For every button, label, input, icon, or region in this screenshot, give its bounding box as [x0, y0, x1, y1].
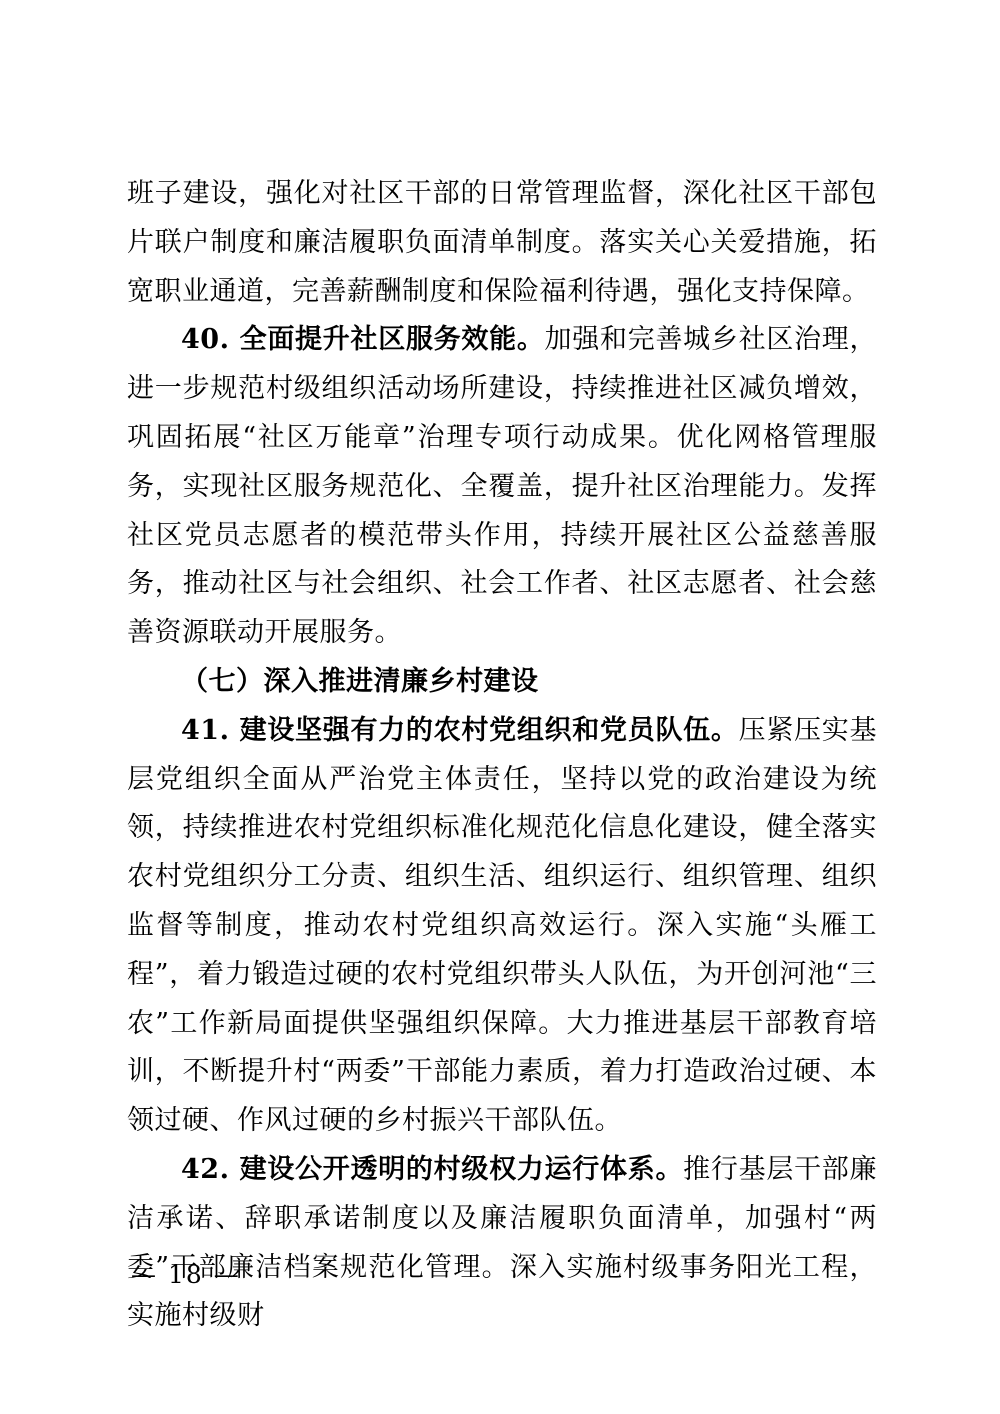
page-number-text: — 18 — — [131, 1260, 241, 1289]
section-heading-7: （七）深入推进清廉乡村建设 — [127, 658, 877, 707]
paragraph-text: 班子建设，强化对社区干部的日常管理监督，深化社区干部包片联户制度和廉洁履职负面清… — [127, 178, 877, 307]
paragraph-text: 加强和完善城乡社区治理，进一步规范村级组织活动场所建设，持续推进社区减负增效，巩… — [127, 324, 877, 648]
paragraph-lead-bold: 41. 建设坚强有力的农村党组织和党员队伍。 — [181, 715, 739, 746]
page-number: — 18 — — [131, 1258, 241, 1292]
document-page: 班子建设，强化对社区干部的日常管理监督，深化社区干部包片联户制度和廉洁履职负面清… — [0, 0, 1000, 1414]
paragraph-lead-bold: 40. 全面提升社区服务效能。 — [181, 324, 545, 355]
paragraph-item-40: 40. 全面提升社区服务效能。加强和完善城乡社区治理，进一步规范村级组织活动场所… — [127, 316, 877, 658]
document-body: 班子建设，强化对社区干部的日常管理监督，深化社区干部包片联户制度和廉洁履职负面清… — [127, 170, 877, 1341]
paragraph-item-41: 41. 建设坚强有力的农村党组织和党员队伍。压紧压实基层党组织全面从严治党主体责… — [127, 707, 877, 1146]
section-heading-text: （七）深入推进清廉乡村建设 — [181, 666, 539, 697]
paragraph-continuation: 班子建设，强化对社区干部的日常管理监督，深化社区干部包片联户制度和廉洁履职负面清… — [127, 170, 877, 316]
paragraph-item-42: 42. 建设公开透明的村级权力运行体系。推行基层干部廉洁承诺、辞职承诺制度以及廉… — [127, 1146, 877, 1341]
paragraph-lead-bold: 42. 建设公开透明的村级权力运行体系。 — [181, 1154, 683, 1185]
paragraph-text: 压紧压实基层党组织全面从严治党主体责任，坚持以党的政治建设为统领，持续推进农村党… — [127, 715, 877, 1136]
